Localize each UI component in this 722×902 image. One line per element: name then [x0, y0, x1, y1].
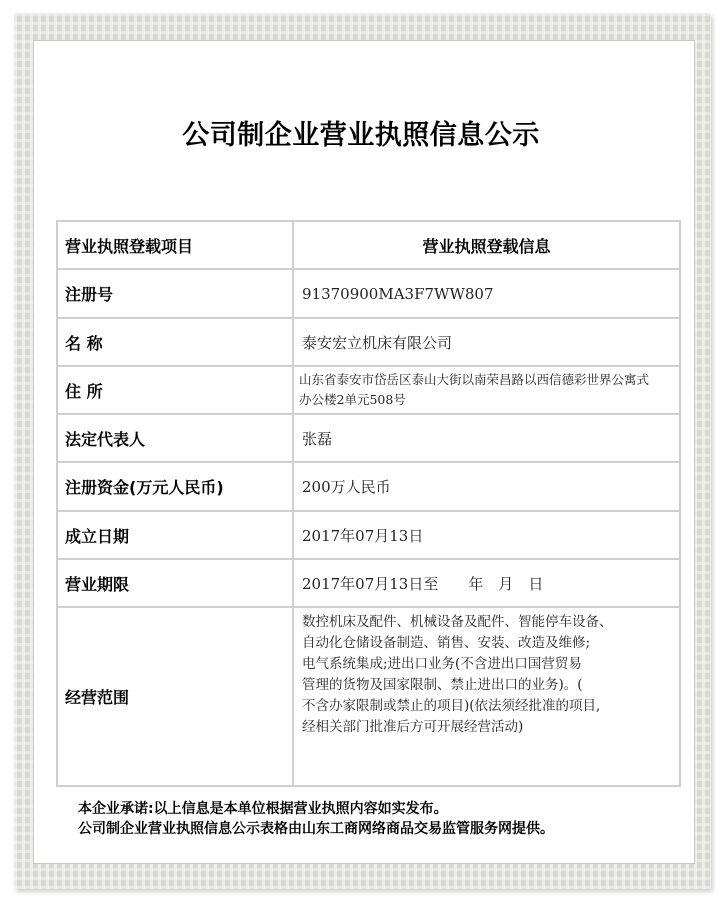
row-label: 营业期限 — [57, 559, 293, 607]
table-row-business-scope: 经营范围 数控机床及配件、机械设备及配件、智能停车设备、 自动化仓储设备制造、销… — [57, 607, 680, 786]
scope-line: 数控机床及配件、机械设备及配件、智能停车设备、 — [302, 612, 679, 633]
scope-line: 不含办家限制或禁止的项目)(依法须经批准的项目, — [302, 696, 679, 717]
footer-notice: 本企业承诺:以上信息是本单位根据营业执照内容如实发布。 公司制企业营业执照信息公… — [78, 799, 554, 839]
license-info-table: 营业执照登载项目 营业执照登载信息 注册号 91370900MA3F7WW807… — [56, 220, 681, 787]
row-value: 张磊 — [293, 414, 680, 462]
row-label: 成立日期 — [57, 511, 293, 559]
scope-line: 经相关部门批准后方可开展经营活动) — [302, 717, 679, 738]
row-value: 数控机床及配件、机械设备及配件、智能停车设备、 自动化仓储设备制造、销售、安装、… — [293, 607, 680, 786]
table-row-legal-representative: 法定代表人 张磊 — [57, 414, 680, 462]
row-label: 住 所 — [57, 366, 293, 414]
row-value: 2017年07月13日 — [293, 511, 680, 559]
row-label: 注册资金(万元人民币) — [57, 462, 293, 511]
page-title: 公司制企业营业执照信息公示 — [0, 113, 722, 152]
table-row-business-term: 营业期限 2017年07月13日至 年 月 日 — [57, 559, 680, 607]
scope-line: 自动化仓储设备制造、销售、安装、改造及维修; — [302, 633, 679, 654]
header-info: 营业执照登载信息 — [293, 221, 680, 269]
table-row-registered-capital: 注册资金(万元人民币) 200万人民币 — [57, 462, 680, 511]
row-value: 山东省泰安市岱岳区泰山大街以南荣昌路以西信德彩世界公寓式 办公楼2单元508号 — [293, 366, 680, 414]
table-row-name: 名 称 泰安宏立机床有限公司 — [57, 318, 680, 366]
row-value: 泰安宏立机床有限公司 — [293, 318, 680, 366]
table-row-establishment-date: 成立日期 2017年07月13日 — [57, 511, 680, 559]
footer-commitment: 本企业承诺:以上信息是本单位根据营业执照内容如实发布。 — [78, 799, 554, 819]
row-value: 200万人民币 — [293, 462, 680, 511]
table-header-row: 营业执照登载项目 营业执照登载信息 — [57, 221, 680, 269]
row-label: 经营范围 — [57, 607, 293, 786]
table-row-registration-number: 注册号 91370900MA3F7WW807 — [57, 269, 680, 318]
address-line: 山东省泰安市岱岳区泰山大街以南荣昌路以西信德彩世界公寓式 — [299, 370, 679, 390]
header-item: 营业执照登载项目 — [57, 221, 293, 269]
address-line: 办公楼2单元508号 — [299, 390, 679, 410]
table-row-address: 住 所 山东省泰安市岱岳区泰山大街以南荣昌路以西信德彩世界公寓式 办公楼2单元5… — [57, 366, 680, 414]
scope-line: 管理的货物及国家限制、禁止进出口的业务)。( — [302, 675, 679, 696]
row-label: 名 称 — [57, 318, 293, 366]
row-value: 91370900MA3F7WW807 — [293, 269, 680, 318]
row-label: 法定代表人 — [57, 414, 293, 462]
scope-line: 电气系统集成;进出口业务(不含进出口国营贸易 — [302, 654, 679, 675]
row-value: 2017年07月13日至 年 月 日 — [293, 559, 680, 607]
footer-provider: 公司制企业营业执照信息公示表格由山东工商网络商品交易监管服务网提供。 — [78, 819, 554, 839]
row-label: 注册号 — [57, 269, 293, 318]
